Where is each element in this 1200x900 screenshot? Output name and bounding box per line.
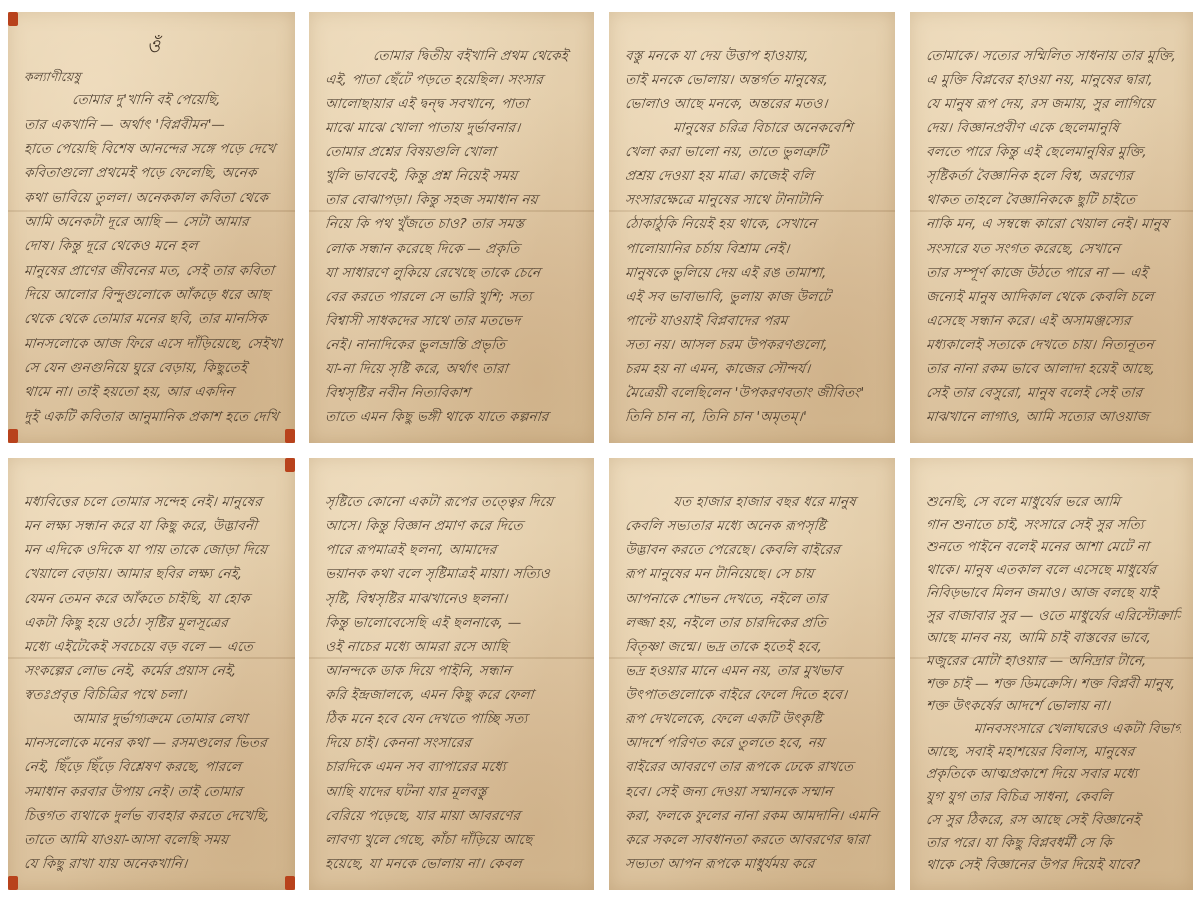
text-line: প্রকৃতিকে আত্মপ্রকাশে দিয়ে সবার মধ্যে: [925, 762, 1182, 785]
tape-corner: [285, 458, 295, 472]
handwritten-text: বস্তু মনকে যা দেয় উত্তাপ হাওয়ায়, তাই …: [625, 30, 883, 429]
text-line: দুই একটি কবিতার আনুমানিক প্রকাশ হতে দেখি: [23, 405, 285, 429]
text-line: আদর্শে পরিণত করে তুলতে হবে, নয়: [624, 731, 885, 755]
header-mark: ওঁ: [24, 30, 283, 64]
text-line: মধ্যবিত্তের চলে তোমার সন্দেহ নেই। মানুষে…: [23, 490, 285, 514]
text-line: নেই। নানাদিকের ভুলভ্রান্তি প্রভৃতি: [324, 333, 584, 357]
text-line: তার পরে। যা কিছু বিপ্লবধর্মী সে কি: [925, 831, 1182, 854]
text-line: দোষ। কিন্তু দূরে থেকেও মনে হল: [23, 234, 285, 258]
text-line: রূপ দেখলেকে, ফেলে একটি উৎকৃষ্টি: [624, 707, 885, 731]
text-line: নেই, ছিঁড়ে ছিঁড়ে বিশ্লেষণ করছে, পারলে: [23, 755, 285, 779]
letter-page-7: যত হাজার হাজার বছর ধরে মানুষ কেবলি সভ্যত…: [609, 458, 895, 890]
text-line: নিয়ে কি পথ খুঁজতে চাও? তার সমস্ত: [324, 212, 584, 236]
text-line: লাবণ্য খুলে গেছে, কাঁচা দাঁড়িয়ে আছে: [324, 828, 584, 852]
text-line: এই, পাতা ছেঁটে পড়তে হয়েছিল। সংসার: [324, 68, 584, 92]
text-line: মন এদিকে ওদিকে যা পায় তাকে জোড়া দিয়ে: [23, 538, 285, 562]
letter-page-4: তোমাকে। সত্যের সম্মিলিত সাধনায় তার মুক্…: [910, 12, 1193, 443]
text-line: এসেছে সন্ধান করে। এই অসামঞ্জস্যের: [925, 309, 1183, 333]
tape-corner: [285, 876, 295, 890]
text-line: ভয়ানক কথা বলে সৃষ্টিমাত্রই মায়া। সত্যি…: [324, 562, 584, 586]
text-line: তাতে আমি যাওয়া-আসা বলেছি সময়: [23, 828, 285, 852]
text-line: উদ্ভাবন করতে পেরেছে। কেবলি বাইরের: [624, 538, 885, 562]
text-line: শক্ত চাই — শক্ত ডিমক্রেসি। শক্ত বিপ্লবী …: [925, 672, 1182, 695]
text-line: করা, ফলকে ফুলের নানা রকম আমদানি। এমনি: [624, 804, 885, 828]
text-line: লজ্জা হয়, নইলে তার চারদিকের প্রতি: [624, 611, 885, 635]
text-line: সংকল্পের লোভ নেই, কর্মের প্রয়াস নেই,: [23, 659, 285, 683]
tape-corner: [285, 429, 295, 443]
text-line: কিন্তু ভালোবেসেছি এই ছলনাকে, —: [324, 611, 584, 635]
text-line: বিশ্বসৃষ্টির নবীন নিত্যবিকাশ: [324, 381, 584, 405]
text-line: কথা ভাবিয়ে তুলল। অনেককাল কবিতা থেকে: [23, 186, 285, 210]
text-line: আছে মানব নয়, আমি চাই বাস্তবের ভাবে,: [925, 626, 1182, 649]
text-line: যেমন তেমন করে আঁকতে চাইছি, যা হোক: [23, 587, 285, 611]
text-line: পাল্টে যাওয়াই বিপ্লবাদের পরম: [624, 309, 885, 333]
text-line: আনন্দকে ডাক দিয়ে পাইনি, সন্ধান: [324, 659, 584, 683]
text-line: তার বোঝাপড়া। কিন্তু সহজ সমাধান নয়: [324, 188, 584, 212]
handwritten-text: সৃষ্টিতে কোনো একটা রূপের তত্ত্বের দিয়ে …: [325, 476, 582, 876]
text-line: তোমাকে। সত্যের সম্মিলিত সাধনায় তার মুক্…: [925, 44, 1183, 68]
text-line: সুর বাজাবার সুর — ওতে মাধুর্যের এরিস্টোক…: [925, 604, 1182, 627]
text-line: কেবলি সভ্যতার মধ্যে অনেক রূপসৃষ্টি: [624, 514, 885, 538]
letter-page-1: ওঁ কল্যাণীয়েষু তোমার দু'খানি বই পেয়েছি…: [8, 12, 295, 443]
text-line: সে সুর ঠিকরে, রস আছে সেই বিজ্ঞানেই: [925, 808, 1182, 831]
handwritten-text: শুনেছি, সে বলে মাধুর্যের ভরে আমি গান শুন…: [926, 476, 1181, 876]
text-line: আপনাকে শোভন দেখতে, নইলে তার: [624, 587, 885, 611]
text-line: কবিতাগুলো প্রথমেই পড়ে ফেলেছি, অনেক: [23, 161, 285, 185]
text-line: তোমার দু'খানি বই পেয়েছি,: [23, 88, 285, 112]
text-line: থেকে থেকে তোমার মনের ছবি, তার মানসিক: [23, 307, 285, 331]
text-line: যুগ যুগ তার বিচিত্র সাধনা, কেবলি: [925, 785, 1182, 808]
text-line: বিতৃষ্ণা জন্মে। ভদ্র তাকে হতেই হবে,: [624, 635, 885, 659]
text-line: বস্তু মনকে যা দেয় উত্তাপ হাওয়ায়,: [624, 44, 885, 68]
text-line: এই সব ভাবাভাবি, ভুলায় কাজ উলটে: [624, 285, 885, 309]
tape-corner: [8, 876, 18, 890]
text-line: আছি যাদের ঘটনা যার মূলবস্তু: [324, 780, 584, 804]
text-line: চিত্তগত ব্যথাকে দুর্লভ ব্যবহার করতে দেখে…: [23, 804, 285, 828]
letter-page-3: বস্তু মনকে যা দেয় উত্তাপ হাওয়ায়, তাই …: [609, 12, 895, 443]
text-line: যে মানুষ রূপ দেয়, রস জমায়, সুর লাগিয়ে: [925, 92, 1183, 116]
text-line: তার সম্পূর্ণ কাজে উঠতে পারে না — এই: [925, 261, 1183, 285]
text-line: সভ্যতা আপন রূপকে মাধুর্যময় করে: [624, 852, 885, 876]
tape-corner: [8, 429, 18, 443]
text-line: তোমার প্রশ্নের বিষয়গুলি খোলা: [324, 140, 584, 164]
handwritten-text: তোমাকে। সত্যের সম্মিলিত সাধনায় তার মুক্…: [926, 30, 1181, 429]
text-line: আসে। কিন্তু বিজ্ঞান প্রমাণ করে দিতে: [324, 514, 584, 538]
text-line: আমি অনেকটা দূরে আছি — সেটা আমার: [23, 210, 285, 234]
text-line: শুনতে পাইনে বলেই মনের আশা মেটে না: [925, 535, 1182, 558]
text-line: জন্যেই মানুষ আদিকাল থেকে কেবলি চলে: [925, 285, 1183, 309]
text-line: বাইরের আবরণে তার রূপকে ঢেকে রাখতে: [624, 755, 885, 779]
text-line: সৃষ্টিকর্তা বৈজ্ঞানিক হলে বিশ্ব, অরণ্যের: [925, 164, 1183, 188]
text-line: ভদ্র হওয়ার মানে এমন নয়, তার মুখভাব: [624, 659, 885, 683]
text-line: দিয়ে চাই। কেননা সংসারের: [324, 731, 584, 755]
text-line: বেরিয়ে পড়েছে, যার মায়া আবরণের: [324, 804, 584, 828]
text-line: আছে, সবাই মহাশয়ের বিলাস, মানুষের: [925, 740, 1182, 763]
text-line: স্বতঃপ্রবৃত্ত বিচিত্রির পথে চলা।: [23, 683, 285, 707]
text-line: বিশ্বাসী সাধকদের সাথে তার মতভেদ: [324, 309, 584, 333]
text-line: মাঝখানে লাগাও, আমি সত্যের আওয়াজ: [925, 405, 1183, 429]
text-line: গান শুনাতে চাই, সংসারে সেই সুর সত্যি: [925, 513, 1182, 536]
text-line: মানবসংসারে খেলাঘরেও একটা বিভাগ: [925, 717, 1182, 740]
text-line: সংসারক্ষেত্রে মানুষের সাথে টানাটানি: [624, 188, 885, 212]
text-line: সেই তার বেসুরো, মানুষ বলেই সেই তার: [925, 381, 1183, 405]
text-line: খুলি ভাববেই, কিন্তু প্রশ্ন নিয়েই সময়: [324, 164, 584, 188]
letter-page-8: শুনেছি, সে বলে মাধুর্যের ভরে আমি গান শুন…: [910, 458, 1193, 890]
text-line: দিয়ে আলোর বিন্দুগুলোকে আঁকড়ে ধরে আছ: [23, 283, 285, 307]
text-line: মধ্যে এইটেকেই সবচেয়ে বড় বলে — এতে: [23, 635, 285, 659]
text-line: নাকি মন, এ সম্বন্ধে কারো খেয়াল নেই। মান…: [925, 212, 1183, 236]
text-line: মানসলোকে আজ ফিরে এসে দাঁড়িয়েছে, সেইখান…: [23, 332, 285, 356]
text-line: সমাধান করবার উপায় নেই। তাই তোমার: [23, 780, 285, 804]
text-line: থামে না। তাই হয়তো হয়, আর একদিন: [23, 380, 285, 404]
text-line: মাঝে মাঝে খোলা পাতায় দুর্ভাবনার।: [324, 116, 584, 140]
text-line: তাই মনকে ভোলায়। অন্তর্গত মানুষের,: [624, 68, 885, 92]
text-line: রূপ মানুষের মন টানিয়েছে। সে চায়: [624, 562, 885, 586]
text-line: আমার দুর্ভাগ্যক্রমে তোমার লেখা: [23, 707, 285, 731]
text-line: যা সাধারণে লুকিয়ে রেখেছে তাকে চেনে: [324, 261, 584, 285]
text-line: পারে রূপমাত্রই ছলনা, আমাদের: [324, 538, 584, 562]
text-line: যত হাজার হাজার বছর ধরে মানুষ: [624, 490, 885, 514]
letter-page-6: সৃষ্টিতে কোনো একটা রূপের তত্ত্বের দিয়ে …: [309, 458, 594, 890]
text-line: সে যেন গুনগুনিয়ে ঘুরে বেড়ায়, কিছুতেই: [23, 356, 285, 380]
text-line: মৈত্রেয়ী বলেছিলেন 'উপকরণবতাং জীবিতং': [624, 381, 885, 405]
text-line: নিবিড়ভাবে মিলন জমাও। আজ বলছে যাই: [925, 581, 1182, 604]
handwritten-text: মধ্যবিত্তের চলে তোমার সন্দেহ নেই। মানুষে…: [24, 476, 283, 876]
letter-page-2: তোমার দ্বিতীয় বইখানি প্রথম থেকেই এই, পা…: [309, 12, 594, 443]
text-line: তার নানা রকম ভাবে আলাদা হয়েই আছে,: [925, 357, 1183, 381]
text-line: তিনি চান না, তিনি চান 'অমৃতম্।': [624, 405, 885, 429]
text-line: প্রশ্রয় দেওয়া হয় মাত্র। কাজেই বলি: [624, 164, 885, 188]
text-line: চারদিকে এমন সব ব্যাপারের মধ্যে: [324, 755, 584, 779]
text-line: ওই নাচের মধ্যে আমরা রসে আছি: [324, 635, 584, 659]
text-line: যা-না দিয়ে সৃষ্টি করে, অর্থাৎ তারা: [324, 357, 584, 381]
text-line: মানসলোকে মনের কথা — রসমণ্ডলের ভিতর: [23, 731, 285, 755]
text-line: মানুষের চরিত্র বিচারে অনেকবেশি: [624, 116, 885, 140]
text-line: সৃষ্টি, বিশ্বসৃষ্টির মাঝখানেও ছলনা।: [324, 587, 584, 611]
tape-corner: [8, 12, 18, 26]
handwritten-text: ওঁ কল্যাণীয়েষু তোমার দু'খানি বই পেয়েছি…: [24, 30, 283, 429]
text-line: আলোছায়ার এই দ্বন্দ্ব সবখানে, পাতা: [324, 92, 584, 116]
text-line: ঠিক মনে হবে যেন দেখতে পাচ্ছি সত্য: [324, 707, 584, 731]
text-line: শুনেছি, সে বলে মাধুর্যের ভরে আমি: [925, 490, 1182, 513]
text-line: পালোয়ানির চর্চায় বিশ্রাম নেই।: [624, 237, 885, 261]
text-line: হাতে পেয়েছি বিশেষ আনন্দের সঙ্গে পড়ে দে…: [23, 137, 285, 161]
text-line: যে কিছু রাখা যায় অনেকখানি।: [23, 852, 285, 876]
text-line: তাতে এমন কিছু ভঙ্গী থাকে যাতে কল্পনার: [324, 405, 584, 429]
text-line: হবে। সেই জন্য দেওয়া সম্মানকে সম্মান: [624, 780, 885, 804]
text-line: মজুরের মোটা হাওয়ার — অনিদ্রার টানে,: [925, 649, 1182, 672]
text-line: সংসারে যত সংগত করেছে, সেখানে: [925, 237, 1183, 261]
text-line: শক্ত উৎকর্ষের আদর্শে ভোলায় না।: [925, 694, 1182, 717]
text-line: বের করতে পারলে সে ভারি খুশি; সত্য: [324, 285, 584, 309]
text-line: খেলা করা ভালো নয়, তাতে ভুলত্রুটি: [624, 140, 885, 164]
text-line: এ মুক্তি বিপ্লবের হাওয়া নয়, মানুষের দ্…: [925, 68, 1183, 92]
text-line: থাকে। মানুষ এতকাল বলে এসেছে মাধুর্যের: [925, 558, 1182, 581]
handwritten-text: যত হাজার হাজার বছর ধরে মানুষ কেবলি সভ্যত…: [625, 476, 883, 876]
text-line: তার একখানি — অর্থাৎ 'বিপ্লবীমন'—: [23, 113, 285, 137]
text-line: থাকে সেই বিজ্ঞানের উপর দিয়েই যাবে?: [925, 853, 1182, 876]
text-line: সৃষ্টিতে কোনো একটা রূপের তত্ত্বের দিয়ে: [324, 490, 584, 514]
text-line: করি ইন্দ্রজালকে, এমন কিছু করে ফেলা: [324, 683, 584, 707]
text-line: মানুষের প্রাণের জীবনের মত, সেই তার কবিতা: [23, 259, 285, 283]
text-line: লোক সন্ধান করেছে দিকে — প্রকৃতি: [324, 237, 584, 261]
text-line: খেয়ালে বেড়ায়। আমার ছবির লক্ষ্য নেই,: [23, 562, 285, 586]
text-line: একটা কিছু হয়ে ওঠে। সৃষ্টির মূলসূত্রের: [23, 611, 285, 635]
text-line: বলতে পারে কিন্তু এই ছেলেমানুষির মুক্তি,: [925, 140, 1183, 164]
text-line: উৎপাতগুলোকে বাইরে ফেলে দিতে হবে।: [624, 683, 885, 707]
text-line: চরম হয় না এমন, কাজের সৌন্দর্য।: [624, 357, 885, 381]
text-line: মধ্যকালেই সত্যকে দেখতে চায়। নিত্যনূতন: [925, 333, 1183, 357]
text-line: থাকত তাহলে বৈজ্ঞানিককে ছুটি চাইতে: [925, 188, 1183, 212]
handwritten-text: তোমার দ্বিতীয় বইখানি প্রথম থেকেই এই, পা…: [325, 30, 582, 429]
text-line: মন লক্ষ্য সন্ধান করে যা কিছু করে, উদ্ভাব…: [23, 514, 285, 538]
text-line: সত্য নয়। আসল চরম উপকরণগুলো,: [624, 333, 885, 357]
text-line: হয়েছে, যা মনকে ভোলায় না। কেবল: [324, 852, 584, 876]
text-line: করে সকলে সাবধানতা করতে আবরণের দ্বারা: [624, 828, 885, 852]
text-line: ঠোকাঠুকি নিয়েই হয় থাকে, সেখানে: [624, 212, 885, 236]
text-line: দেয়। বিজ্ঞানপ্রবীণ একে ছেলেমানুষি: [925, 116, 1183, 140]
text-line: তোমার দ্বিতীয় বইখানি প্রথম থেকেই: [324, 44, 584, 68]
letter-page-5: মধ্যবিত্তের চলে তোমার সন্দেহ নেই। মানুষে…: [8, 458, 295, 890]
text-line: মানুষকে ভুলিয়ে দেয় এই রঙ তামাশা,: [624, 261, 885, 285]
text-line: ভোলাও আছে মনকে, অন্তরের মতও।: [624, 92, 885, 116]
salutation: কল্যাণীয়েষু: [23, 64, 285, 88]
